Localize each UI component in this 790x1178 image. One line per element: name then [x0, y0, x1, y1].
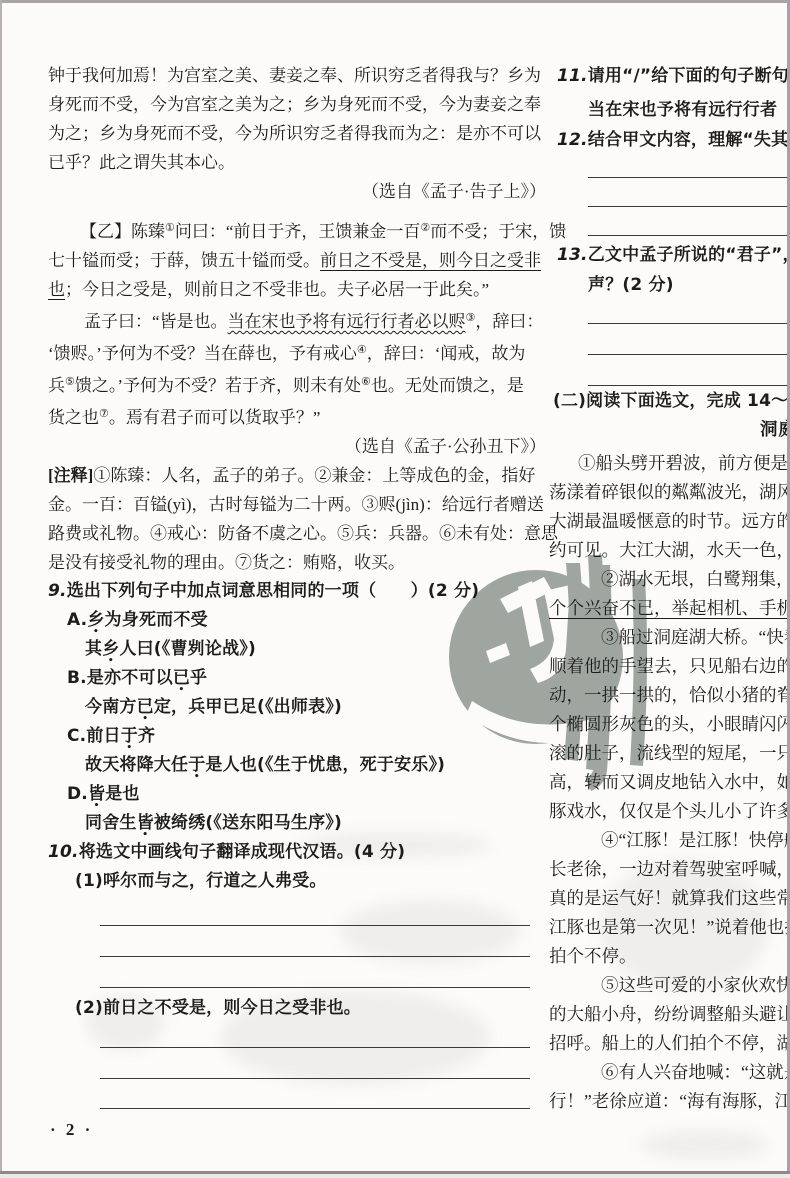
passage-jia: 钟于我何加焉！为宫室之美、妻妾之奉、所识穷乏者得我与？乡为身死而不受，今为宫室之… [48, 61, 548, 206]
text-segment: 齐 [138, 726, 155, 746]
answer-blank-line [100, 1023, 530, 1048]
passage-notes: [注释]①陈臻：人名，孟子的弟子。②兼金：上等成色的金，指好金。一百：百镒(yì… [48, 461, 548, 577]
text-segment: (1)呼尔而与之，行道之人弗受。 [75, 871, 327, 891]
text-segment: 拍个不停。 [549, 946, 637, 966]
text-segment: 定，兵甲已足(《出师表》) [154, 697, 342, 717]
text-segment: ‘馈赆。’予何为不受？当在薛也，予有戒心 [48, 344, 357, 363]
answer-blank-line [588, 355, 790, 386]
text-line: 9.选出下列句子中加点词意思相同的一项（ ）(2 分) [48, 577, 548, 606]
text-segment: 的大船小舟，纷纷调整船头避让 [549, 1004, 790, 1024]
text-line: 也；今日之受是，则前日之不受非也。夫子必居一于此矣。” [48, 275, 548, 304]
emphasized-char: 于 [188, 755, 205, 775]
text-segment: 为之；乡为身死而不受，今为所识穷乏者得我而为之：是亦不可以 [48, 124, 541, 143]
text-segment: ⑤这些可爱的小家伙欢快地 [601, 975, 790, 995]
text-line: 拍个不停。 [549, 942, 790, 971]
emphasized-char: 皆 [137, 813, 154, 833]
text-line: 是没有接受礼物的理由。⑦货之：贿赂，收买。 [48, 548, 548, 577]
text-segment: 招呼。船上的人们拍个不停，湖面 [549, 1033, 790, 1053]
emphasized-char: 于 [121, 726, 138, 746]
right-column: 11.请用“/”给下面的句子断句，标当在宋也予将有远行行者12.结合甲文内容，理… [549, 61, 790, 1116]
text-segment: 10. [48, 842, 79, 862]
text-segment: 声？(2 分) [588, 275, 674, 295]
bleedthrough-smudge [640, 1130, 770, 1160]
text-segment: 江豚也是第一次见！”说着他也掏 [549, 917, 790, 937]
text-segment: 选出下列句子中加点词意思相同的一项（ ）(2 分) [67, 581, 480, 601]
page-edge-left [0, 0, 2, 1178]
text-segment: 前日之不受是，则今日之受非 [320, 251, 541, 270]
emphasized-char: 已 [137, 697, 154, 717]
text-line: 【乙】陈臻①问曰：“前日于齐，王馈兼金一百②而不受；于宋，馈 [80, 214, 548, 246]
text-segment: ，辞曰： [475, 312, 543, 331]
text-segment: 12. [557, 130, 588, 150]
text-line: ‘馈赆。’予何为不受？当在薛也，予有戒心④，辞曰：‘闻戒，故为 [48, 336, 548, 368]
answer-blank-line [588, 324, 790, 355]
text-segment: 高，转而又调皮地钻入水中，如同 [549, 772, 790, 792]
text-segment: 问曰：“前日于齐，王馈兼金一百 [175, 222, 421, 241]
text-line: 声？(2 分) [588, 270, 790, 300]
text-line: 12.结合甲文内容，理解“失其本心 [557, 125, 790, 155]
answer-blank-line [100, 957, 530, 988]
text-line: 当在宋也予将有远行行者 [588, 95, 790, 125]
text-segment: 乎 [190, 668, 207, 688]
text-segment: 长老徐，一边对着驾驶室呼喊，一 [549, 859, 790, 879]
text-segment: 今南方 [85, 697, 137, 717]
text-segment: （选自《孟子·告子上》） [362, 182, 546, 201]
text-segment: ⑥有人兴奋地喊：“这就是江 [601, 1062, 790, 1082]
text-line: C.前日于齐 [67, 722, 548, 751]
text-line: ⑤这些可爱的小家伙欢快地 [601, 971, 790, 1000]
text-segment: 其 [85, 639, 102, 659]
text-segment: 大湖最温暖惬意的时节。远方的 [549, 511, 790, 531]
text-line: 13.乙文中孟子所说的“君子”，用 [557, 240, 790, 270]
text-line: 的大船小舟，纷纷调整船头避让 [549, 1000, 790, 1029]
text-segment: ②湖水无垠，白鹭翔集，油轮 [601, 569, 790, 589]
text-segment: 乙文中孟子所说的“君子”，用 [588, 245, 790, 265]
text-line: B.是亦不可以已乎 [67, 664, 548, 693]
text-line: [注释]①陈臻：人名，孟子的弟子。②兼金：上等成色的金，指好 [48, 461, 548, 490]
text-line: 今南方已定，兵甲已足(《出师表》) [85, 693, 548, 722]
text-segment: 顺着他的手望去，只见船右边的 [549, 656, 790, 676]
text-segment: 也 [48, 280, 65, 299]
text-line: 行！”老徐应道：“海有海豚，江有 [549, 1087, 790, 1116]
text-segment: 动，一拱一拱的，恰似小猪的脊背 [549, 685, 790, 705]
text-line: （选自《孟子·告子上》） [48, 177, 548, 206]
text-segment: 行！”老徐应道：“海有海豚，江有 [549, 1091, 790, 1111]
text-line: 路费或礼物。④戒心：防备不虞之心。⑤兵：兵器。⑥未有处：意思 [48, 519, 548, 548]
text-segment: ；今日之受是，则前日之不受非也。夫子必居一于此矣。” [65, 280, 489, 299]
text-line: ⑥有人兴奋地喊：“这就是江 [601, 1058, 790, 1087]
question-10: 10.将选文中画线句子翻译成现代汉语。(4 分)(1)呼尔而与之，行道之人弗受。… [48, 838, 548, 1109]
answer-blank-line [100, 1079, 530, 1109]
text-line: ②湖水无垠，白鹭翔集，油轮 [601, 565, 790, 594]
text-segment: [注释] [48, 466, 93, 485]
text-segment: 当在宋也予将有远行行者 [588, 100, 777, 120]
text-segment: 。焉有君子而可以货取乎？” [109, 408, 321, 427]
text-segment: 9. [48, 581, 67, 601]
emphasized-char: 已 [173, 668, 190, 688]
text-segment: ③ [466, 312, 476, 324]
text-segment: 货之也 [48, 408, 99, 427]
passage-yi: 【乙】陈臻①问曰：“前日于齐，王馈兼金一百②而不受；于宋，馈七十镒而受；于薛，馈… [48, 214, 548, 461]
text-segment: 13. [557, 245, 588, 265]
question-9: 9.选出下列句子中加点词意思相同的一项（ ）(2 分)A.乡为身死而不受其乡人曰… [48, 577, 548, 838]
text-segment: 当在宋也予将有远行行者必以赆 [228, 312, 466, 331]
text-line: 招呼。船上的人们拍个不停，湖面 [549, 1029, 790, 1058]
text-segment: 11. [557, 66, 588, 86]
text-segment: (二)阅读下面选文，完成 14～18 题。 [553, 391, 790, 411]
text-line: 为之；乡为身死而不受，今为所识穷乏者得我而为之：是亦不可以 [48, 119, 548, 148]
text-segment: 荡漾着碎银似的粼粼波光，湖风和 [549, 482, 790, 502]
text-segment: ⑥ [361, 376, 371, 388]
text-segment: 兵 [48, 376, 65, 395]
text-segment: 为身死而不受 [105, 610, 208, 630]
answer-blank-line [588, 155, 790, 178]
text-segment: 豚戏水，仅仅是个头儿小了许多。 [549, 801, 790, 821]
text-line: A.乡为身死而不受 [67, 606, 548, 635]
text-segment: 七十镒而受；于薛，馈五十镒而受。 [48, 251, 320, 270]
text-segment: 而不受；于宋，馈 [430, 222, 566, 241]
text-line: 动，一拱一拱的，恰似小猪的脊背 [549, 681, 790, 710]
text-line: 高，转而又调皮地钻入水中，如同 [549, 768, 790, 797]
text-segment: ⑤ [65, 376, 75, 388]
text-line: 货之也⑦。焉有君子而可以货取乎？” [48, 400, 548, 432]
page-number: · 2 · [50, 1120, 93, 1140]
text-line: 10.将选文中画线句子翻译成现代汉语。(4 分) [48, 838, 548, 867]
questions-11-13-and-passage-2: 11.请用“/”给下面的句子断句，标当在宋也予将有远行行者12.结合甲文内容，理… [549, 61, 790, 1116]
text-segment: 滚的肚子，流线型的短尾，一只只 [549, 743, 790, 763]
text-line: 七十镒而受；于薛，馈五十镒而受。前日之不受是，则今日之受非 [48, 246, 548, 275]
text-line: 豚戏水，仅仅是个头儿小了许多。 [549, 797, 790, 826]
text-segment: ① [165, 222, 175, 234]
text-line: 已乎？此之谓失其本心。 [48, 148, 548, 177]
scanned-exam-page: { "page": { "footer": "· 2 ·", "backgrou… [0, 0, 790, 1178]
text-segment: 结合甲文内容，理解“失其本心 [588, 130, 790, 150]
text-segment: 是也 [105, 784, 139, 804]
text-segment: ② [420, 222, 430, 234]
text-segment: 被绮绣(《送东阳马生序》) [154, 813, 342, 833]
text-line: 真的是运气好！就算我们这些常 [549, 884, 790, 913]
answer-blank-line [100, 1048, 530, 1079]
answer-blank-line [588, 300, 790, 324]
text-line: 大湖最温暖惬意的时节。远方的 [549, 507, 790, 536]
text-line: 顺着他的手望去，只见船右边的 [549, 652, 790, 681]
answer-blank-line [100, 896, 530, 926]
text-line: ④“江豚！是江豚！快停船 [601, 826, 790, 855]
text-line: 11.请用“/”给下面的句子断句，标 [557, 61, 790, 91]
text-line: 其乡人曰(《曹刿论战》) [85, 635, 548, 664]
text-line: 兵⑤馈之。’予何为不受？若于齐，则未有处⑥也。无处而馈之，是 [48, 368, 548, 400]
text-segment: ④“江豚！是江豚！快停船 [601, 830, 790, 850]
text-segment: 将选文中画线句子翻译成现代汉语。(4 分) [79, 842, 406, 862]
text-line: 钟于我何加焉！为宫室之美、妻妾之奉、所识穷乏者得我与？乡为 [48, 61, 548, 90]
text-segment: 是人也(《生于忧患，死于安乐》) [205, 755, 445, 775]
left-column: 钟于我何加焉！为宫室之美、妻妾之奉、所识穷乏者得我与？乡为身死而不受，今为宫室之… [48, 61, 548, 1109]
text-line: 滚的肚子，流线型的短尾，一只只 [549, 739, 790, 768]
emphasized-char: 乡 [102, 639, 119, 659]
text-segment: 身死而不受，今为宫室之美为之；乡为身死而不受，今为妻妾之奉 [48, 95, 541, 114]
text-segment: B.是亦不可以 [67, 668, 173, 688]
text-segment: 馈之。’予何为不受？若于齐，则未有处 [75, 376, 361, 395]
text-line: （选自《孟子·公孙丑下》） [48, 432, 548, 461]
text-line: ①船头劈开碧波，前方便是浩 [578, 449, 790, 478]
text-line: (1)呼尔而与之，行道之人弗受。 [75, 867, 548, 896]
text-line: 身死而不受，今为宫室之美为之；乡为身死而不受，今为妻妾之奉 [48, 90, 548, 119]
text-segment: 路费或礼物。④戒心：防备不虞之心。⑤兵：兵器。⑥未有处：意思 [48, 524, 558, 543]
text-segment: ，辞曰：‘闻戒，故为 [367, 344, 526, 363]
text-segment: A. [67, 610, 87, 630]
text-segment: D. [67, 784, 88, 804]
text-segment: 请用“/”给下面的句子断句，标 [588, 66, 790, 86]
text-line: 个个兴奋不已，举起相机、手机， [549, 594, 790, 623]
text-segment: 是没有接受礼物的理由。⑦货之：贿赂，收买。 [48, 553, 405, 572]
text-line: 荡漾着碎银似的粼粼波光，湖风和 [549, 478, 790, 507]
text-segment: ①陈臻：人名，孟子的弟子。②兼金：上等成色的金，指好 [93, 466, 535, 485]
text-segment: C.前日 [67, 726, 121, 746]
text-line: (2)前日之不受是，则今日之受非也。 [75, 994, 548, 1023]
text-segment: 金。一百：百镒(yì)，古时每镒为二十两。③赆(jìn)：给远行者赠送 [48, 495, 544, 514]
text-line: (二)阅读下面选文，完成 14～18 题。 [553, 386, 790, 416]
text-segment: 同舍生 [85, 813, 137, 833]
answer-blank-line [588, 178, 790, 207]
text-line: D.皆是也 [67, 780, 548, 809]
answer-blank-line [100, 926, 530, 957]
emphasized-char: 皆 [88, 784, 105, 804]
text-line: 江豚也是第一次见！”说着他也掏 [549, 913, 790, 942]
text-segment: 钟于我何加焉！为宫室之美、妻妾之奉、所识穷乏者得我与？乡为 [48, 66, 541, 85]
emphasized-char: 乡 [87, 610, 104, 630]
text-segment: 个个兴奋不已，举起相机、手机， [549, 598, 790, 618]
text-line: 个椭圆形灰色的头，小眼睛闪闪发 [549, 710, 790, 739]
text-segment: 孟子曰：“皆是也。 [84, 312, 228, 331]
text-segment: 人曰(《曹刿论战》) [119, 639, 256, 659]
text-segment: 已乎？此之谓失其本心。 [48, 153, 235, 172]
answer-blank-line [588, 207, 790, 236]
page-edge-top [0, 0, 790, 3]
text-line: ③船过洞庭湖大桥。“快看 [601, 623, 790, 652]
text-line: 孟子曰：“皆是也。当在宋也予将有远行行者必以赆③，辞曰： [84, 304, 548, 336]
text-segment: ⑦ [99, 408, 109, 420]
text-segment: 【乙】陈臻 [80, 222, 165, 241]
page-edge-bottom-strip [0, 1174, 790, 1178]
text-segment: 个椭圆形灰色的头，小眼睛闪闪发 [549, 714, 790, 734]
text-line: 约可见。大江大湖，水天一色，阔 [549, 536, 790, 565]
text-segment: 真的是运气好！就算我们这些常 [549, 888, 790, 908]
text-line: 洞庭 [760, 416, 790, 445]
text-segment: 故天将降大任 [85, 755, 188, 775]
text-segment: 洞庭 [760, 420, 790, 440]
text-segment: ①船头劈开碧波，前方便是浩 [578, 453, 790, 473]
text-segment: （选自《孟子·公孙丑下》） [345, 437, 546, 456]
text-segment: 约可见。大江大湖，水天一色，阔 [549, 540, 790, 560]
text-segment: 也。无处而馈之，是 [371, 376, 524, 395]
text-segment: ④ [357, 344, 367, 356]
text-segment: ③船过洞庭湖大桥。“快看 [601, 627, 790, 647]
text-line: 长老徐，一边对着驾驶室呼喊，一 [549, 855, 790, 884]
text-line: 同舍生皆被绮绣(《送东阳马生序》) [85, 809, 548, 838]
text-segment: (2)前日之不受是，则今日之受非也。 [75, 998, 361, 1018]
text-line: 金。一百：百镒(yì)，古时每镒为二十两。③赆(jìn)：给远行者赠送 [48, 490, 548, 519]
text-line: 故天将降大任于是人也(《生于忧患，死于安乐》) [85, 751, 548, 780]
